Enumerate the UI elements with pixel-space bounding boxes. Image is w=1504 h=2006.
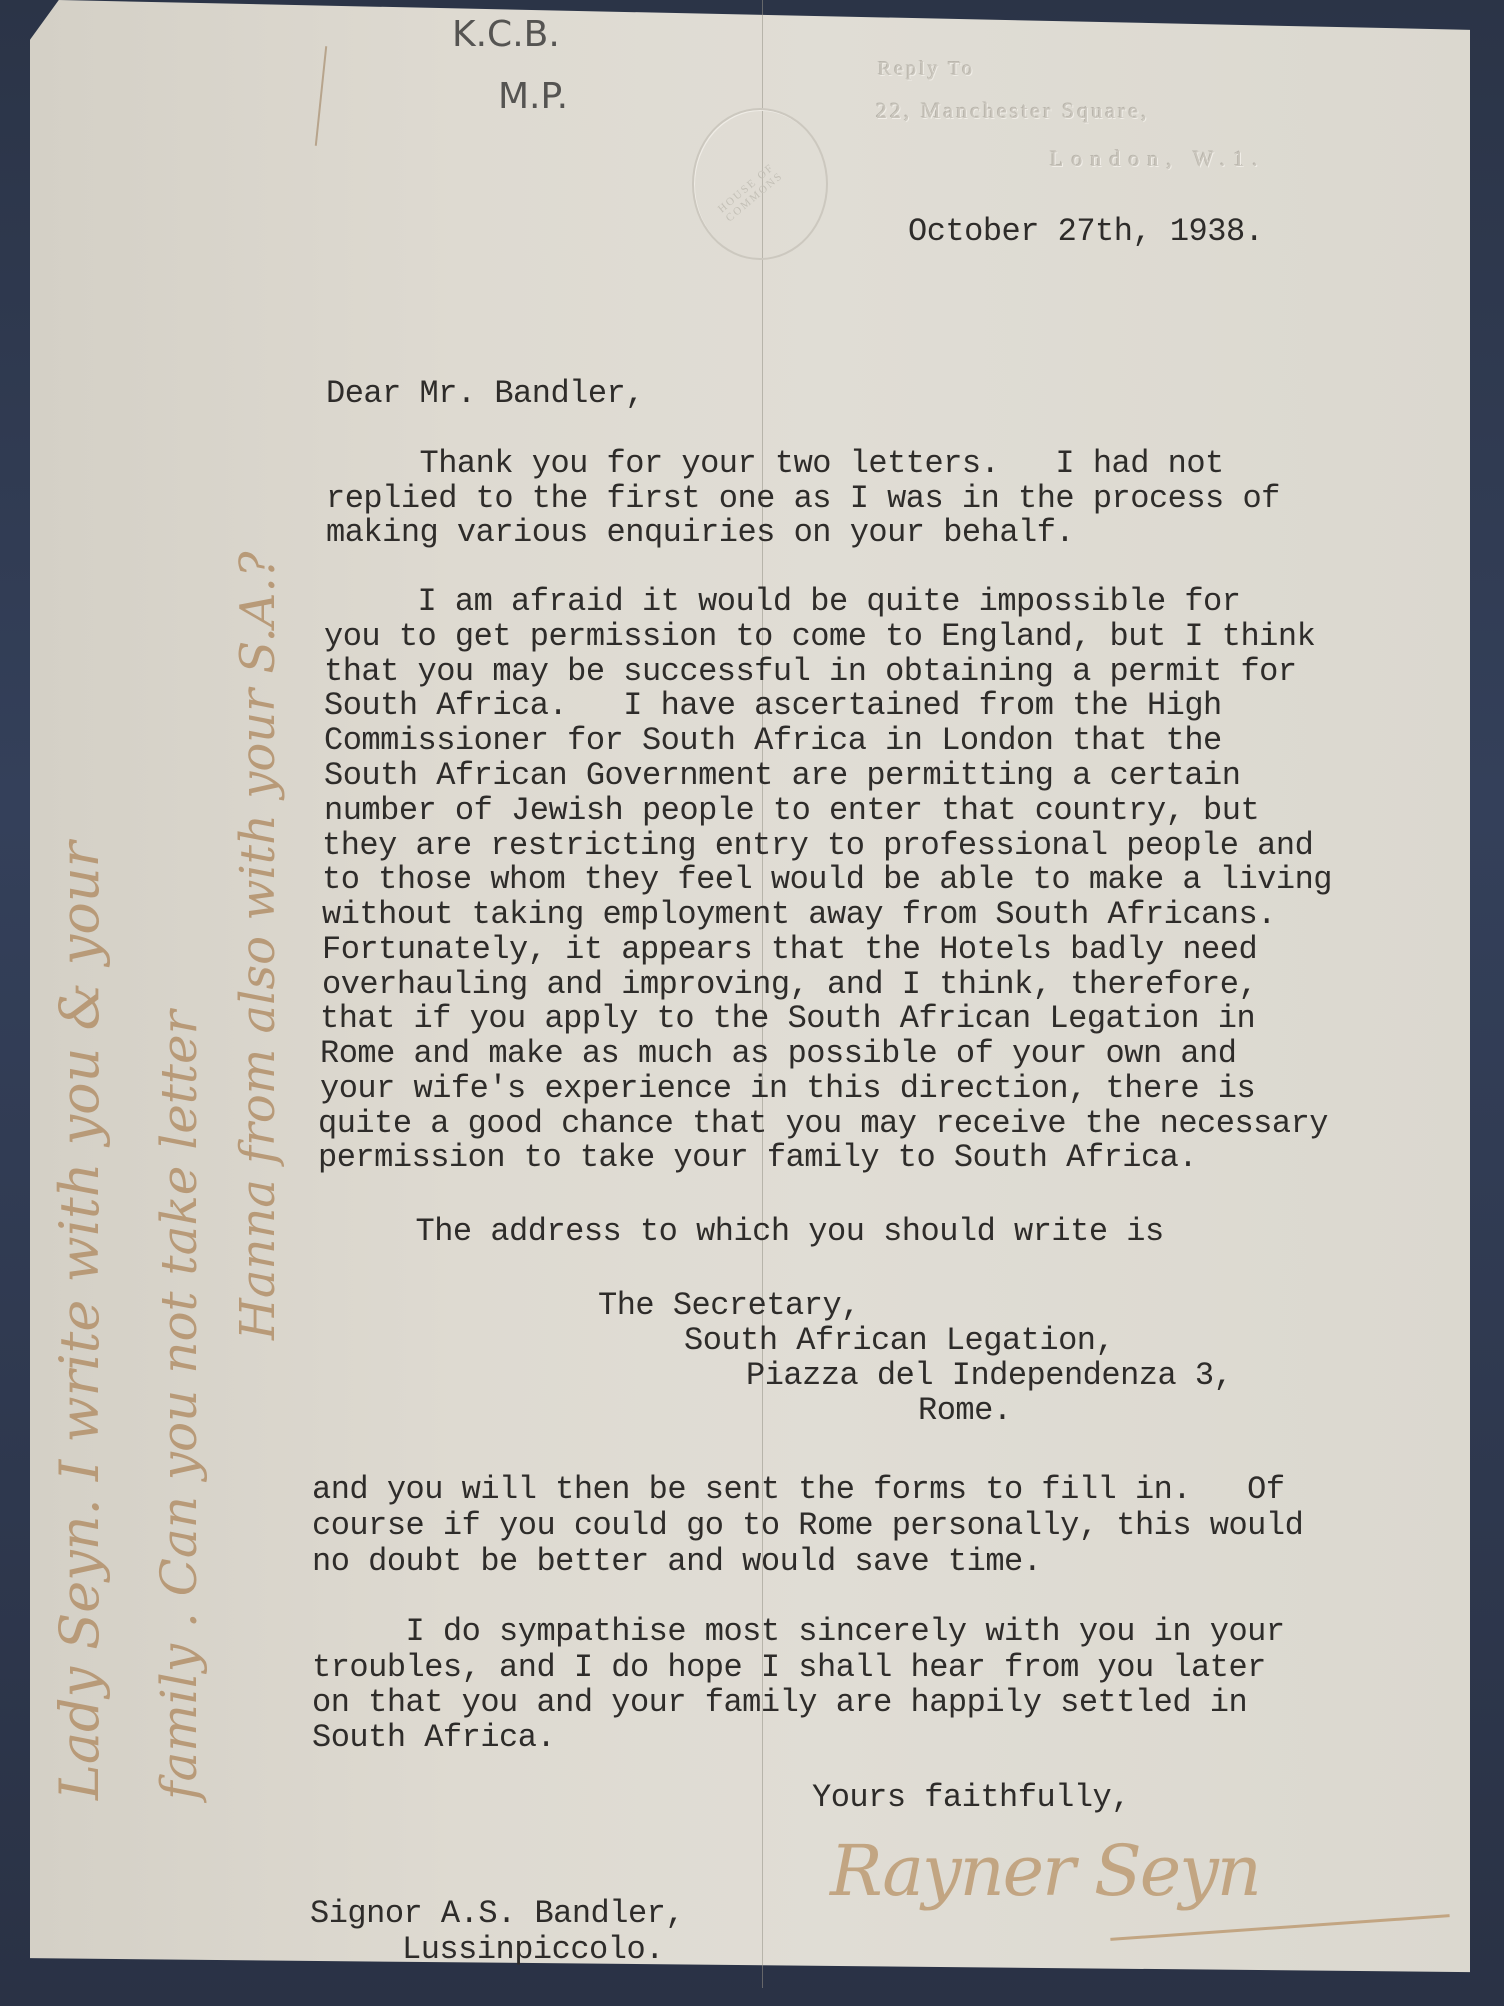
house-of-commons-seal-icon: HOUSE OF COMMONS: [692, 108, 828, 260]
text-line: I do sympathise most sincerely with you …: [312, 1614, 1285, 1649]
text-line: Fortunately, it appears that the Hotels …: [322, 932, 1257, 967]
text-line: Commissioner for South Africa in London …: [324, 723, 1222, 758]
address-line: Piazza del Independenza 3,: [746, 1358, 1232, 1393]
text-line: quite a good chance that you may receive…: [318, 1106, 1328, 1141]
address-intro: The address to which you should write is: [322, 1214, 1164, 1249]
text-line: making various enquiries on your behalf.: [326, 515, 1074, 550]
letter-date: October 27th, 1938.: [908, 214, 1263, 249]
text-line: you to get permission to come to England…: [324, 619, 1315, 654]
text-line: on that you and your family are happily …: [312, 1685, 1247, 1720]
margin-note-line-3: Hanna from also with your S.A.?: [230, 552, 286, 1340]
text-line: your wife's experience in this direction…: [320, 1071, 1255, 1106]
text-line: I am afraid it would be quite impossible…: [324, 584, 1240, 619]
text-line: that if you apply to the South African L…: [320, 1001, 1255, 1036]
address-line: The Secretary,: [598, 1288, 860, 1323]
text-line: they are restricting entry to profession…: [322, 828, 1313, 863]
letterhead-address-line1: 22, Manchester Square,: [876, 98, 1150, 124]
margin-note-line-2: family . Can you not take letter: [150, 1011, 208, 1800]
text-line: permission to take your family to South …: [318, 1140, 1197, 1175]
text-line: that you may be successful in obtaining …: [324, 654, 1297, 689]
letterhead-address-line2: London, W.1.: [1050, 146, 1266, 172]
text-line: and you will then be sent the forms to f…: [312, 1472, 1285, 1507]
address-line: Rome.: [918, 1393, 1012, 1428]
text-line: Rome and make as much as possible of you…: [320, 1036, 1236, 1071]
text-line: course if you could go to Rome personall…: [312, 1508, 1303, 1543]
salutation: Dear Mr. Bandler,: [326, 376, 644, 411]
text-line: number of Jewish people to enter that co…: [324, 793, 1259, 828]
text-line: troubles, and I do hope I shall hear fro…: [312, 1650, 1266, 1685]
text-line: Thank you for your two letters. I had no…: [326, 446, 1224, 481]
text-line: replied to the first one as I was in the…: [326, 481, 1280, 516]
margin-note-line-1: Lady Seyn. I write with you & your: [48, 842, 111, 1800]
closing: Yours faithfully,: [812, 1780, 1130, 1815]
seal-text: HOUSE OF COMMONS: [716, 132, 820, 225]
address-line: South African Legation,: [684, 1323, 1114, 1358]
letterhead-reply-to: Reply To: [878, 58, 975, 81]
signature: Rayner Seyn: [830, 1830, 1260, 1912]
text-line: overhauling and improving, and I think, …: [322, 967, 1257, 1002]
text-line: South Africa. I have ascertained from th…: [324, 688, 1222, 723]
text-line: to those whom they feel would be able to…: [322, 862, 1332, 897]
recipient-name: Signor A.S. Bandler,: [310, 1896, 684, 1931]
text-line: South African Government are permitting …: [324, 758, 1240, 793]
text-line: South Africa.: [312, 1720, 555, 1755]
recipient-place: Lussinpiccolo.: [402, 1932, 664, 1967]
pencil-note-mp: M.P.: [498, 76, 568, 117]
text-line: without taking employment away from Sout…: [322, 897, 1276, 932]
text-line: no doubt be better and would save time.: [312, 1544, 1041, 1579]
pencil-note-kcb: K.C.B.: [452, 14, 560, 55]
